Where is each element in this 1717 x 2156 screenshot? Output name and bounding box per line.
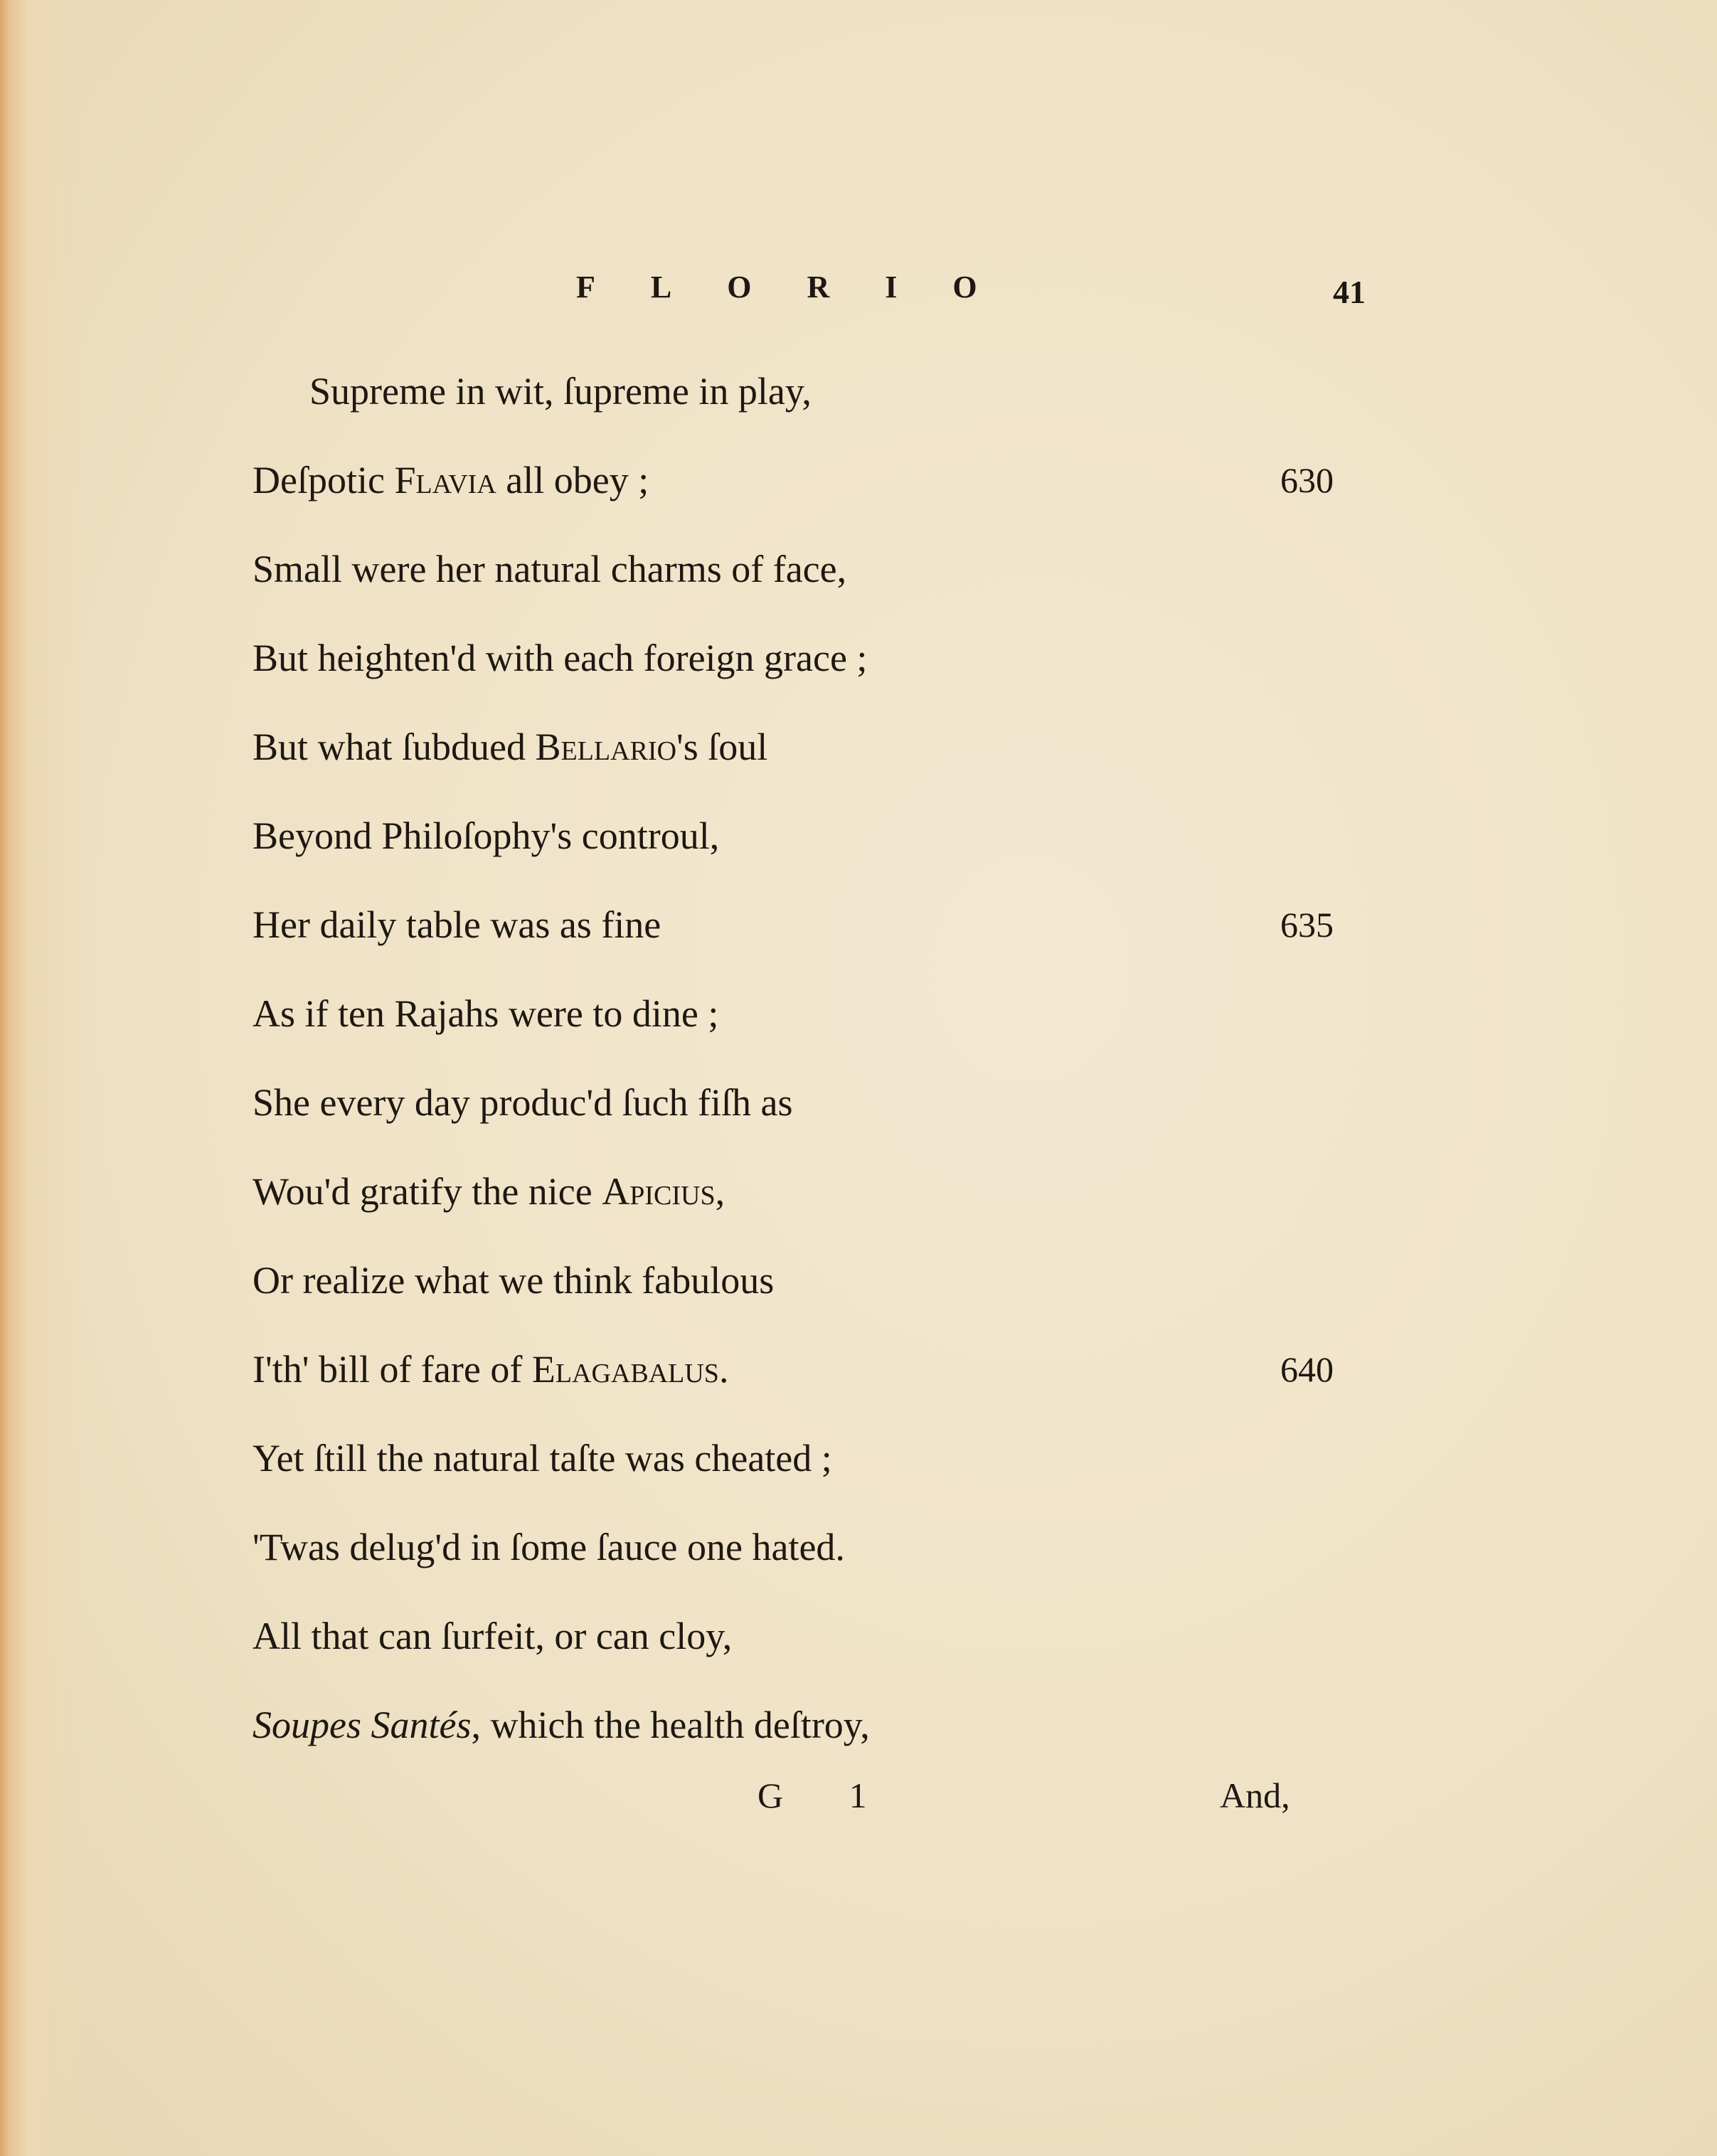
verse-line-text: She every day produc'd ſuch fiſh as <box>253 1071 793 1135</box>
running-head: FLORIO 41 <box>576 269 1366 326</box>
text-run: But what ſubdued <box>253 726 535 768</box>
verse-line-text: All that can ſurfeit, or can cloy, <box>253 1604 732 1668</box>
text-run: She every day produc'd ſuch fiſh as <box>253 1081 793 1124</box>
verse-line: Yet ſtill the natural taſte was cheated … <box>253 1426 1334 1515</box>
verse-line-text: Soupes Santés, which the health deſtroy, <box>253 1693 870 1757</box>
text-run: all obey ; <box>496 459 649 501</box>
verse-line-text: Her daily table was as fine <box>253 893 661 957</box>
page-footer: G 1 And, <box>0 1775 1717 1839</box>
text-run: Small were her natural charms of face, <box>253 548 846 590</box>
page-number: 41 <box>1333 273 1366 311</box>
signature-mark: G 1 <box>757 1775 895 1816</box>
proper-name: Flavia <box>394 459 496 501</box>
text-run: , which the health deſtroy, <box>471 1704 869 1746</box>
text-run: As if ten Rajahs were to dine ; <box>253 992 718 1035</box>
verse-line-text: 'Twas delug'd in ſome ſauce one hated. <box>253 1515 845 1579</box>
verse-line-text: Yet ſtill the natural taſte was cheated … <box>253 1426 832 1490</box>
proper-name: Bellario <box>535 726 676 768</box>
running-head-title: FLORIO <box>576 269 1033 305</box>
line-number: 640 <box>1280 1337 1334 1401</box>
verse-line: But heighten'd with each foreign grace ; <box>253 626 1334 715</box>
verse-line: Small were her natural charms of face, <box>253 537 1334 626</box>
verse-line: Her daily table was as fine635 <box>253 893 1334 982</box>
text-run: . <box>719 1348 729 1391</box>
verse-line-text: Supreme in wit, ſupreme in play, <box>309 359 812 423</box>
text-run: But heighten'd with each foreign grace ; <box>253 637 867 679</box>
verse-line: But what ſubdued Bellario's ſoul <box>253 715 1334 804</box>
text-run: 'Twas delug'd in ſome ſauce one hated. <box>253 1526 845 1568</box>
text-run: Yet ſtill the natural taſte was cheated … <box>253 1437 832 1480</box>
catchword: And, <box>1220 1775 1290 1816</box>
verse-line: I'th' bill of fare of Elagabalus.640 <box>253 1337 1334 1426</box>
verse-line: 'Twas delug'd in ſome ſauce one hated. <box>253 1515 1334 1604</box>
text-run: , <box>716 1170 725 1213</box>
line-number: 630 <box>1280 448 1334 512</box>
text-run: Wou'd gratify the nice <box>253 1170 602 1213</box>
text-run: Supreme in wit, ſupreme in play, <box>309 370 812 413</box>
verse-line-text: Small were her natural charms of face, <box>253 537 846 601</box>
verse-line-text: Or realize what we think fabulous <box>253 1248 774 1312</box>
text-run: Her daily table was as fine <box>253 903 661 946</box>
verse-line: As if ten Rajahs were to dine ; <box>253 982 1334 1071</box>
line-number: 635 <box>1280 893 1334 957</box>
proper-name: Elagabalus <box>532 1348 719 1391</box>
verse-line: She every day produc'd ſuch fiſh as <box>253 1071 1334 1159</box>
text-run: Deſpotic <box>253 459 394 501</box>
text-run: All that can ſurfeit, or can cloy, <box>253 1615 732 1657</box>
italic-phrase: Soupes Santés <box>253 1704 471 1746</box>
verse-line-text: I'th' bill of fare of Elagabalus. <box>253 1337 728 1401</box>
verse-block: Supreme in wit, ſupreme in play,Deſpotic… <box>253 359 1334 1782</box>
text-run: Or realize what we think fabulous <box>253 1259 774 1302</box>
verse-line: Soupes Santés, which the health deſtroy, <box>253 1693 1334 1782</box>
verse-line: All that can ſurfeit, or can cloy, <box>253 1604 1334 1693</box>
verse-line-text: Deſpotic Flavia all obey ; <box>253 448 649 512</box>
verse-line: Beyond Philoſophy's controul, <box>253 804 1334 893</box>
verse-line: Supreme in wit, ſupreme in play, <box>253 359 1334 448</box>
verse-line: Deſpotic Flavia all obey ;630 <box>253 448 1334 537</box>
verse-line-text: As if ten Rajahs were to dine ; <box>253 982 718 1046</box>
verse-line-text: But heighten'd with each foreign grace ; <box>253 626 867 690</box>
verse-line: Or realize what we think fabulous <box>253 1248 1334 1337</box>
verse-line-text: But what ſubdued Bellario's ſoul <box>253 715 767 779</box>
verse-line-text: Wou'd gratify the nice Apicius, <box>253 1159 725 1223</box>
text-run: Beyond Philoſophy's controul, <box>253 814 719 857</box>
verse-line-text: Beyond Philoſophy's controul, <box>253 804 719 868</box>
text-run: I'th' bill of fare of <box>253 1348 532 1391</box>
proper-name: Apicius <box>602 1170 715 1213</box>
book-page: FLORIO 41 Supreme in wit, ſupreme in pla… <box>0 0 1717 2156</box>
text-run: 's ſoul <box>676 726 767 768</box>
verse-line: Wou'd gratify the nice Apicius, <box>253 1159 1334 1248</box>
